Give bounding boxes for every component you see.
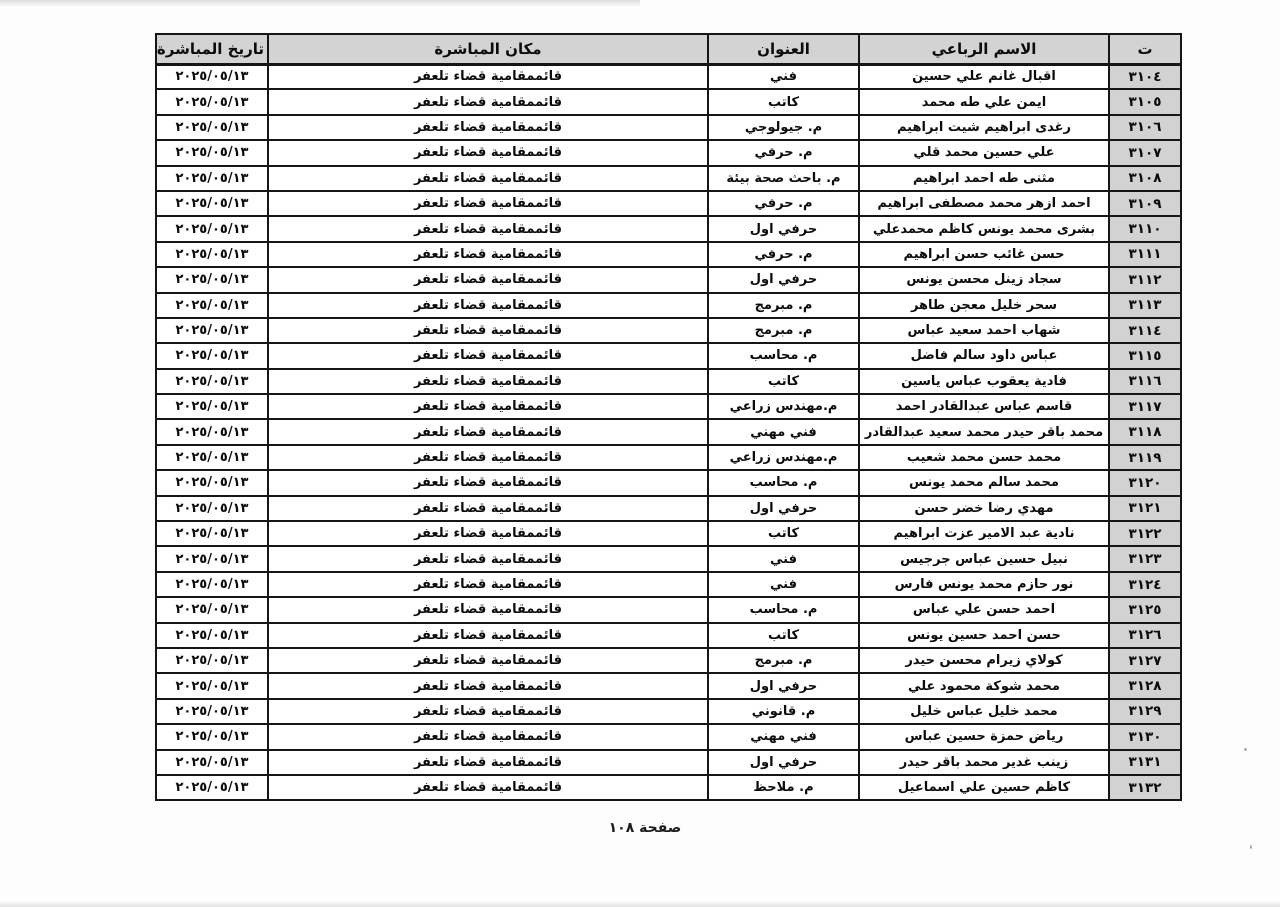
cell-title: كاتب [708,623,859,648]
cell-title: م. باحث صحة بيئة [708,166,859,191]
cell-title: كاتب [708,89,859,114]
cell-date: ٢٠٢٥/٠٥/١٣ [156,89,268,114]
cell-index: ٣١٠٨ [1109,166,1181,191]
cell-index: ٣١١٩ [1109,445,1181,470]
cell-index: ٣١٢٧ [1109,648,1181,673]
cell-date: ٢٠٢٥/٠٥/١٣ [156,394,268,419]
cell-date: ٢٠٢٥/٠٥/١٣ [156,648,268,673]
table-row: ٣١٣٢كاظم حسين علي اسماعيلم. ملاحظقائممقا… [156,775,1181,800]
cell-index: ٣١١٠ [1109,216,1181,241]
cell-index: ٣١٢٠ [1109,470,1181,495]
cell-place: قائممقامية قضاء تلعفر [268,750,708,775]
table-row: ٣١٢٤نور حازم محمد يونس فارسفنيقائممقامية… [156,572,1181,597]
cell-name: محمد سالم محمد يونس [859,470,1109,495]
cell-index: ٣١١١ [1109,242,1181,267]
scan-speck [1250,845,1252,849]
cell-title: م.مهندس زراعي [708,394,859,419]
cell-date: ٢٠٢٥/٠٥/١٣ [156,673,268,698]
cell-place: قائممقامية قضاء تلعفر [268,445,708,470]
cell-date: ٢٠٢٥/٠٥/١٣ [156,699,268,724]
cell-name: نور حازم محمد يونس فارس [859,572,1109,597]
cell-place: قائممقامية قضاء تلعفر [268,89,708,114]
cell-date: ٢٠٢٥/٠٥/١٣ [156,369,268,394]
table-row: ٣١١٠بشرى محمد يونس كاظم محمدعليحرفي اولق… [156,216,1181,241]
cell-date: ٢٠٢٥/٠٥/١٣ [156,445,268,470]
cell-name: شهاب احمد سعيد عباس [859,318,1109,343]
table-row: ٣١٢٩محمد خليل عباس خليلم. قانونيقائممقام… [156,699,1181,724]
cell-name: سحر خليل معجن طاهر [859,293,1109,318]
table-row: ٣١٢٢نادية عبد الامير عزت ابراهيمكاتبقائم… [156,521,1181,546]
cell-title: م. جيولوجي [708,115,859,140]
scanned-document-page: ت الاسم الرباعي العنوان مكان المباشرة تا… [0,0,1280,907]
column-header-title: العنوان [708,34,859,64]
table-row: ٣١٢٦حسن احمد حسين يونسكاتبقائممقامية قضا… [156,623,1181,648]
cell-title: م. مبرمج [708,293,859,318]
cell-place: قائممقامية قضاء تلعفر [268,470,708,495]
cell-name: اقبال غانم علي حسين [859,64,1109,89]
cell-date: ٢٠٢٥/٠٥/١٣ [156,470,268,495]
table-row: ٣١٠٩احمد ازهر محمد مصطفى ابراهيمم. حرفيق… [156,191,1181,216]
table-row: ٣١٠٧علي حسين محمد قليم. حرفيقائممقامية ق… [156,140,1181,165]
column-header-name: الاسم الرباعي [859,34,1109,64]
cell-place: قائممقامية قضاء تلعفر [268,64,708,89]
cell-title: م. حرفي [708,140,859,165]
cell-place: قائممقامية قضاء تلعفر [268,699,708,724]
cell-title: م. قانوني [708,699,859,724]
page-number: صفحة ١٠٨ [545,820,745,836]
cell-date: ٢٠٢٥/٠٥/١٣ [156,419,268,444]
cell-place: قائممقامية قضاء تلعفر [268,216,708,241]
cell-title: فني [708,546,859,571]
table-row: ٣١٠٤اقبال غانم علي حسينفنيقائممقامية قضا… [156,64,1181,89]
cell-index: ٣١٠٩ [1109,191,1181,216]
cell-name: مثنى طه احمد ابراهيم [859,166,1109,191]
cell-place: قائممقامية قضاء تلعفر [268,115,708,140]
cell-index: ٣١٢٩ [1109,699,1181,724]
cell-index: ٣١٢٣ [1109,546,1181,571]
cell-index: ٣١١٨ [1109,419,1181,444]
cell-place: قائممقامية قضاء تلعفر [268,191,708,216]
cell-title: حرفي اول [708,750,859,775]
cell-name: نادية عبد الامير عزت ابراهيم [859,521,1109,546]
cell-date: ٢٠٢٥/٠٥/١٣ [156,623,268,648]
cell-name: سجاد زينل محسن يونس [859,267,1109,292]
cell-name: محمد حسن محمد شعيب [859,445,1109,470]
cell-index: ٣١٣٠ [1109,724,1181,749]
cell-date: ٢٠٢٥/٠٥/١٣ [156,64,268,89]
cell-title: فني [708,572,859,597]
cell-title: م. محاسب [708,343,859,368]
cell-title: فني [708,64,859,89]
cell-date: ٢٠٢٥/٠٥/١٣ [156,546,268,571]
cell-index: ٣١٢٤ [1109,572,1181,597]
cell-title: حرفي اول [708,267,859,292]
cell-date: ٢٠٢٥/٠٥/١٣ [156,318,268,343]
table-row: ٣١٠٥ايمن علي طه محمدكاتبقائممقامية قضاء … [156,89,1181,114]
cell-date: ٢٠٢٥/٠٥/١٣ [156,267,268,292]
cell-place: قائممقامية قضاء تلعفر [268,369,708,394]
scan-edge-bottom [0,902,1280,907]
cell-date: ٢٠٢٥/٠٥/١٣ [156,140,268,165]
cell-index: ٣١١٦ [1109,369,1181,394]
cell-title: م. حرفي [708,242,859,267]
header-row: ت الاسم الرباعي العنوان مكان المباشرة تا… [156,34,1181,64]
cell-place: قائممقامية قضاء تلعفر [268,546,708,571]
cell-name: رياض حمزة حسين عباس [859,724,1109,749]
table-row: ٣١١٦فادية يعقوب عباس ياسينكاتبقائممقامية… [156,369,1181,394]
cell-name: محمد باقر حيدر محمد سعيد عبدالقادر [859,419,1109,444]
cell-place: قائممقامية قضاء تلعفر [268,267,708,292]
cell-date: ٢٠٢٥/٠٥/١٣ [156,572,268,597]
cell-title: م. مبرمج [708,648,859,673]
cell-place: قائممقامية قضاء تلعفر [268,521,708,546]
cell-date: ٢٠٢٥/٠٥/١٣ [156,597,268,622]
cell-name: قاسم عباس عبدالقادر احمد [859,394,1109,419]
cell-place: قائممقامية قضاء تلعفر [268,318,708,343]
cell-date: ٢٠٢٥/٠٥/١٣ [156,521,268,546]
cell-index: ٣١٠٦ [1109,115,1181,140]
cell-place: قائممقامية قضاء تلعفر [268,724,708,749]
table-row: ٣١٢٠محمد سالم محمد يونسم. محاسبقائممقامي… [156,470,1181,495]
cell-title: كاتب [708,521,859,546]
cell-title: فني مهني [708,419,859,444]
cell-date: ٢٠٢٥/٠٥/١٣ [156,216,268,241]
cell-date: ٢٠٢٥/٠٥/١٣ [156,724,268,749]
cell-name: بشرى محمد يونس كاظم محمدعلي [859,216,1109,241]
cell-name: احمد حسن علي عباس [859,597,1109,622]
staff-roster-table: ت الاسم الرباعي العنوان مكان المباشرة تا… [155,33,1182,801]
cell-place: قائممقامية قضاء تلعفر [268,623,708,648]
cell-title: فني مهني [708,724,859,749]
cell-name: ايمن علي طه محمد [859,89,1109,114]
table-row: ٣١١٧قاسم عباس عبدالقادر احمدم.مهندس زراع… [156,394,1181,419]
cell-name: نبيل حسين عباس جرجيس [859,546,1109,571]
cell-name: حسن غائب حسن ابراهيم [859,242,1109,267]
table-row: ٣١٢٥احمد حسن علي عباسم. محاسبقائممقامية … [156,597,1181,622]
cell-place: قائممقامية قضاء تلعفر [268,293,708,318]
cell-name: مهدي رضا خضر حسن [859,496,1109,521]
cell-name: احمد ازهر محمد مصطفى ابراهيم [859,191,1109,216]
table-row: ٣١٣٠رياض حمزة حسين عباسفني مهنيقائممقامي… [156,724,1181,749]
cell-place: قائممقامية قضاء تلعفر [268,597,708,622]
cell-title: م. محاسب [708,597,859,622]
cell-place: قائممقامية قضاء تلعفر [268,394,708,419]
cell-index: ٣١٢١ [1109,496,1181,521]
cell-index: ٣١٢٨ [1109,673,1181,698]
cell-date: ٢٠٢٥/٠٥/١٣ [156,750,268,775]
table-row: ٣١٢٨محمد شوكة محمود عليحرفي اولقائممقامي… [156,673,1181,698]
column-header-place: مكان المباشرة [268,34,708,64]
cell-name: رغدى ابراهيم شيت ابراهيم [859,115,1109,140]
column-header-index: ت [1109,34,1181,64]
cell-date: ٢٠٢٥/٠٥/١٣ [156,191,268,216]
cell-place: قائممقامية قضاء تلعفر [268,242,708,267]
cell-title: م. مبرمج [708,318,859,343]
cell-date: ٢٠٢٥/٠٥/١٣ [156,293,268,318]
cell-name: كولاي زيرام محسن حيدر [859,648,1109,673]
cell-index: ٣١٠٤ [1109,64,1181,89]
cell-title: حرفي اول [708,216,859,241]
table-row: ٣١١٤شهاب احمد سعيد عباسم. مبرمجقائممقامي… [156,318,1181,343]
scan-edge-top [0,0,640,6]
cell-title: حرفي اول [708,673,859,698]
cell-date: ٢٠٢٥/٠٥/١٣ [156,496,268,521]
table-row: ٣١٠٨مثنى طه احمد ابراهيمم. باحث صحة بيئة… [156,166,1181,191]
cell-index: ٣١٢٦ [1109,623,1181,648]
cell-place: قائممقامية قضاء تلعفر [268,166,708,191]
cell-place: قائممقامية قضاء تلعفر [268,572,708,597]
cell-name: فادية يعقوب عباس ياسين [859,369,1109,394]
cell-date: ٢٠٢٥/٠٥/١٣ [156,166,268,191]
cell-place: قائممقامية قضاء تلعفر [268,343,708,368]
cell-name: كاظم حسين علي اسماعيل [859,775,1109,800]
cell-title: حرفي اول [708,496,859,521]
table-row: ٣١١٨محمد باقر حيدر محمد سعيد عبدالقادرفن… [156,419,1181,444]
cell-index: ٣١٠٧ [1109,140,1181,165]
cell-title: م.مهندس زراعي [708,445,859,470]
cell-date: ٢٠٢٥/٠٥/١٣ [156,343,268,368]
table-row: ٣١٢٧كولاي زيرام محسن حيدرم. مبرمجقائممقا… [156,648,1181,673]
cell-index: ٣١١٧ [1109,394,1181,419]
cell-place: قائممقامية قضاء تلعفر [268,496,708,521]
table-row: ٣١١٩محمد حسن محمد شعيبم.مهندس زراعيقائمم… [156,445,1181,470]
cell-index: ٣١٢٢ [1109,521,1181,546]
cell-name: عباس داود سالم فاضل [859,343,1109,368]
cell-index: ٣١٢٥ [1109,597,1181,622]
cell-name: محمد خليل عباس خليل [859,699,1109,724]
cell-name: حسن احمد حسين يونس [859,623,1109,648]
cell-place: قائممقامية قضاء تلعفر [268,673,708,698]
column-header-date: تاريخ المباشرة [156,34,268,64]
cell-name: محمد شوكة محمود علي [859,673,1109,698]
cell-index: ٣١١٣ [1109,293,1181,318]
cell-name: علي حسين محمد قلي [859,140,1109,165]
cell-index: ٣١١٤ [1109,318,1181,343]
cell-title: كاتب [708,369,859,394]
cell-index: ٣١٣٢ [1109,775,1181,800]
cell-place: قائممقامية قضاء تلعفر [268,775,708,800]
table-body: ٣١٠٤اقبال غانم علي حسينفنيقائممقامية قضا… [156,64,1181,800]
table-row: ٣١١٣سحر خليل معجن طاهرم. مبرمجقائممقامية… [156,293,1181,318]
cell-name: زينب غدير محمد باقر حيدر [859,750,1109,775]
cell-date: ٢٠٢٥/٠٥/١٣ [156,115,268,140]
table-row: ٣١١٢سجاد زينل محسن يونسحرفي اولقائممقامي… [156,267,1181,292]
cell-place: قائممقامية قضاء تلعفر [268,140,708,165]
scan-speck [1244,748,1247,751]
cell-index: ٣١٣١ [1109,750,1181,775]
table-row: ٣١٢٣نبيل حسين عباس جرجيسفنيقائممقامية قض… [156,546,1181,571]
cell-index: ٣١٠٥ [1109,89,1181,114]
cell-place: قائممقامية قضاء تلعفر [268,419,708,444]
cell-title: م. ملاحظ [708,775,859,800]
cell-date: ٢٠٢٥/٠٥/١٣ [156,242,268,267]
cell-index: ٣١١٢ [1109,267,1181,292]
table-row: ٣١١٥عباس داود سالم فاضلم. محاسبقائممقامي… [156,343,1181,368]
table-row: ٣١٣١زينب غدير محمد باقر حيدرحرفي اولقائم… [156,750,1181,775]
cell-title: م. محاسب [708,470,859,495]
cell-title: م. حرفي [708,191,859,216]
table-row: ٣١١١حسن غائب حسن ابراهيمم. حرفيقائممقامي… [156,242,1181,267]
cell-index: ٣١١٥ [1109,343,1181,368]
cell-place: قائممقامية قضاء تلعفر [268,648,708,673]
table-row: ٣١٢١مهدي رضا خضر حسنحرفي اولقائممقامية ق… [156,496,1181,521]
table-row: ٣١٠٦رغدى ابراهيم شيت ابراهيمم. جيولوجيقا… [156,115,1181,140]
cell-date: ٢٠٢٥/٠٥/١٣ [156,775,268,800]
